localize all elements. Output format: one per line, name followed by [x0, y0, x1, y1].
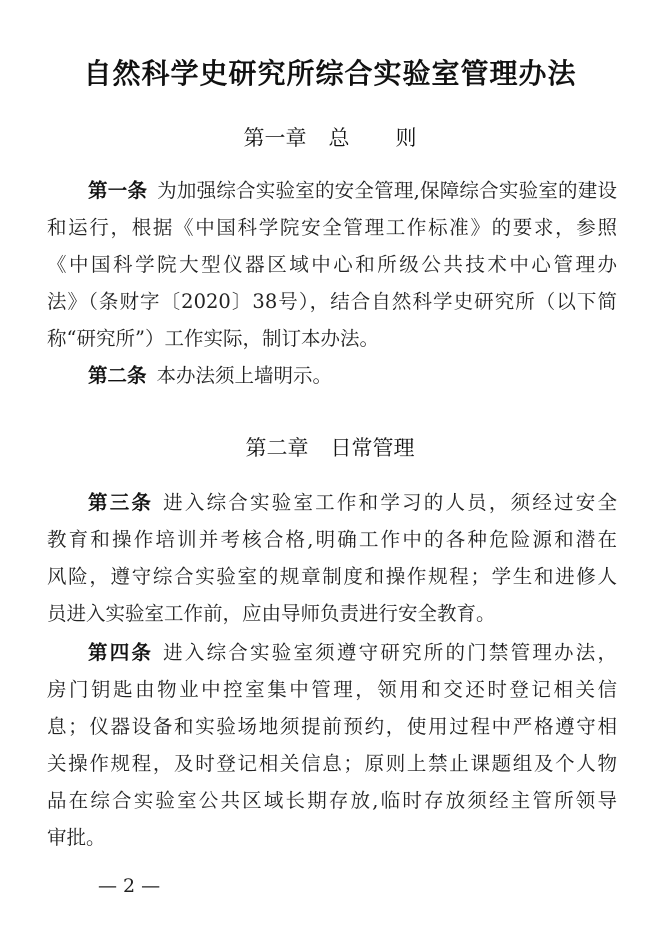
article-3-line-1: 第三条进入综合实验室工作和学习的人员，须经过安全 [88, 490, 617, 516]
article-text: 进入综合实验室须遵守研究所的门禁管理办法， [163, 641, 617, 664]
chapter-label: 第一章 [244, 126, 307, 150]
article-label: 第三条 [88, 491, 153, 514]
chapter-heading-1: 第一章总则 [0, 122, 660, 152]
article-text: 进入综合实验室工作和学习的人员，须经过安全 [163, 491, 617, 514]
article-label: 第二条 [88, 364, 147, 387]
article-1-line-5: 称“研究所”）工作实际，制订本办法。 [47, 326, 617, 352]
article-text: 本办法须上墙明示。 [157, 364, 333, 387]
article-4-line-6: 审批。 [47, 825, 617, 851]
article-3-line-4: 员进入实验室工作前，应由导师负责进行安全教育。 [47, 601, 617, 627]
article-2-line-1: 第二条本办法须上墙明示。 [88, 363, 617, 389]
article-label: 第一条 [88, 179, 147, 202]
article-4-line-2: 房门钥匙由物业中控室集中管理，领用和交还时登记相关信 [47, 677, 617, 703]
article-1-line-1: 第一条为加强综合实验室的安全管理,保障综合实验室的建设 [88, 178, 617, 204]
article-3-line-3: 风险，遵守综合实验室的规章制度和操作规程；学生和进修人 [47, 564, 617, 590]
article-label: 第四条 [88, 641, 153, 664]
article-4-line-1: 第四条进入综合实验室须遵守研究所的门禁管理办法， [88, 640, 617, 666]
article-4-line-3: 息；仪器设备和实验场地须提前预约，使用过程中严格遵守相 [47, 714, 617, 740]
page-number: — 2 — [98, 875, 160, 897]
article-4-line-5: 品在综合实验室公共区域长期存放,临时存放须经主管所领导 [47, 788, 617, 814]
chapter-name: 日常管理 [331, 436, 415, 460]
chapter-label: 第二章 [246, 436, 309, 460]
article-1-line-3: 《中国科学院大型仪器区域中心和所级公共技术中心管理办 [47, 252, 617, 278]
document-title: 自然科学史研究所综合实验室管理办法 [0, 52, 660, 92]
chapter-name-part-a: 总 [329, 126, 350, 150]
article-1-line-4: 法》（条财字〔2020〕38号），结合自然科学史研究所（以下简 [47, 289, 617, 315]
chapter-heading-2: 第二章日常管理 [0, 432, 660, 462]
article-4-line-4: 关操作规程，及时登记相关信息；原则上禁止课题组及个人物 [47, 751, 617, 777]
article-text: 为加强综合实验室的安全管理,保障综合实验室的建设 [157, 179, 617, 202]
article-3-line-2: 教育和操作培训并考核合格,明确工作中的各种危险源和潜在 [47, 527, 617, 553]
article-1-line-2: 和运行，根据《中国科学院安全管理工作标准》的要求，参照 [47, 215, 617, 241]
chapter-name-part-b: 则 [396, 126, 417, 150]
